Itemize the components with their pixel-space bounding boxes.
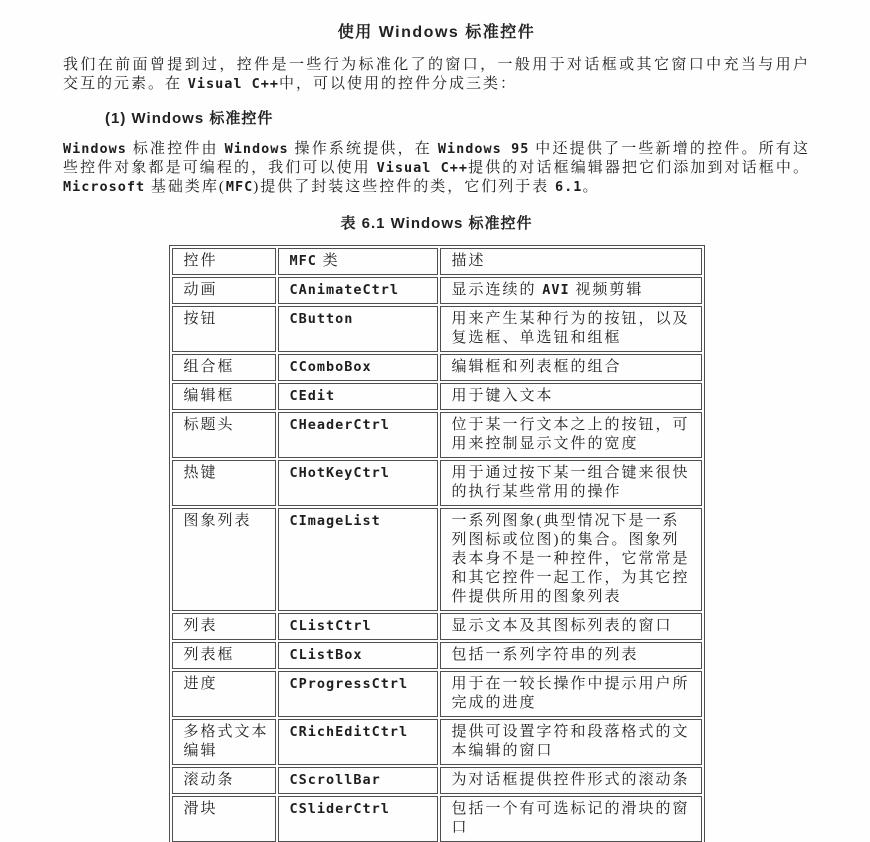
- description-cell: 用来产生某种行为的按钮，以及复选框、单选钮和组框: [440, 306, 702, 352]
- text-run: 标准控件由: [127, 141, 225, 157]
- description-cell: 显示连续的 AVI 视频剪辑: [440, 277, 702, 304]
- table-row: 多格式文本编辑CRichEditCtrl提供可设置字符和段落格式的文本编辑的窗口: [172, 719, 702, 765]
- text-run: 视频剪辑: [570, 282, 644, 298]
- text-run: 控件: [184, 253, 218, 269]
- text-run: 提供可设置字符和段落格式的文本编辑的窗口: [452, 724, 690, 759]
- mfc-class-name: CRichEditCtrl: [290, 724, 409, 740]
- description-cell: 显示文本及其图标列表的窗口: [440, 613, 702, 640]
- page-title: 使用 Windows 标准控件: [63, 24, 810, 42]
- section-heading: (1) Windows 标准控件: [105, 110, 810, 128]
- mono-text-run: Windows 95: [438, 141, 529, 157]
- mfc-class-name: CImageList: [290, 513, 381, 529]
- table-row: 动画CAnimateCtrl显示连续的 AVI 视频剪辑: [172, 277, 702, 304]
- mfc-class-cell: CListBox: [278, 642, 438, 669]
- mfc-class-cell: CSliderCtrl: [278, 796, 438, 842]
- mfc-class-cell: CListCtrl: [278, 613, 438, 640]
- text-run: 用于键入文本: [452, 388, 554, 404]
- text-run: 类: [317, 253, 340, 269]
- mfc-class-name: CButton: [290, 311, 354, 327]
- description-cell: 用于键入文本: [440, 383, 702, 410]
- control-name-cell: 图象列表: [172, 508, 276, 611]
- mfc-class-name: CListCtrl: [290, 618, 372, 634]
- mono-text-run: Visual C++: [188, 76, 279, 92]
- description-cell: 包括一系列字符串的列表: [440, 642, 702, 669]
- text-run: 包括一个有可选标记的滑块的窗口: [452, 801, 690, 836]
- mono-text-run: Windows: [225, 141, 289, 157]
- mfc-class-cell: CHeaderCtrl: [278, 412, 438, 458]
- description-cell: 用于在一较长操作中提示用户所完成的进度: [440, 671, 702, 717]
- header-cell-control: 控件: [172, 248, 276, 275]
- text-run: 描述: [452, 253, 486, 269]
- text-run: 基础类库(: [145, 179, 226, 195]
- mfc-class-name: CComboBox: [290, 359, 372, 375]
- mono-text-run: Microsoft: [63, 179, 145, 195]
- mfc-class-cell: CHotKeyCtrl: [278, 460, 438, 506]
- description-cell: 提供可设置字符和段落格式的文本编辑的窗口: [440, 719, 702, 765]
- description-cell: 编辑框和列表框的组合: [440, 354, 702, 381]
- control-name-cell: 按钮: [172, 306, 276, 352]
- text-run: 包括一系列字符串的列表: [452, 647, 639, 663]
- table-caption: 表 6.1 Windows 标准控件: [63, 215, 810, 233]
- text-run: 用于在一较长操作中提示用户所完成的进度: [452, 676, 690, 711]
- text-run: 显示文本及其图标列表的窗口: [452, 618, 673, 634]
- table-row: 图象列表CImageList一系列图象(典型情况下是一系列图标或位图)的集合。图…: [172, 508, 702, 611]
- mfc-class-name: CProgressCtrl: [290, 676, 409, 692]
- description-cell: 位于某一行文本之上的按钮，可用来控制显示文件的宽度: [440, 412, 702, 458]
- control-name-cell: 进度: [172, 671, 276, 717]
- mfc-class-cell: CProgressCtrl: [278, 671, 438, 717]
- control-name-cell: 多格式文本编辑: [172, 719, 276, 765]
- description-cell: 包括一个有可选标记的滑块的窗口: [440, 796, 702, 842]
- text-run: 中，可以使用的控件分成三类：: [279, 76, 517, 92]
- mfc-class-name: CHotKeyCtrl: [290, 465, 390, 481]
- control-name-cell: 滑块: [172, 796, 276, 842]
- table-row: 列表框CListBox包括一系列字符串的列表: [172, 642, 702, 669]
- mfc-class-cell: CRichEditCtrl: [278, 719, 438, 765]
- table-row: 编辑框CEdit用于键入文本: [172, 383, 702, 410]
- mfc-class-cell: CScrollBar: [278, 767, 438, 794]
- control-name-cell: 列表框: [172, 642, 276, 669]
- text-run: 操作系统提供，在: [289, 141, 438, 157]
- body-paragraph: Windows 标准控件由 Windows 操作系统提供，在 Windows 9…: [63, 140, 810, 197]
- mfc-class-name: CEdit: [290, 388, 336, 404]
- table-row: 标题头CHeaderCtrl位于某一行文本之上的按钮，可用来控制显示文件的宽度: [172, 412, 702, 458]
- intro-paragraph: 我们在前面曾提到过，控件是一些行为标准化了的窗口，一般用于对话框或其它窗口中充当…: [63, 56, 810, 94]
- mono-text-run: Windows: [63, 141, 127, 157]
- control-name-cell: 热键: [172, 460, 276, 506]
- control-name-cell: 列表: [172, 613, 276, 640]
- control-name-cell: 滚动条: [172, 767, 276, 794]
- text-run: 显示连续的: [452, 282, 543, 298]
- mfc-class-cell: CAnimateCtrl: [278, 277, 438, 304]
- mfc-class-name: CHeaderCtrl: [290, 417, 390, 433]
- table-row: 列表CListCtrl显示文本及其图标列表的窗口: [172, 613, 702, 640]
- table-row: 滚动条CScrollBar为对话框提供控件形式的滚动条: [172, 767, 702, 794]
- text-run: 用于通过按下某一组合键来很快的执行某些常用的操作: [452, 465, 690, 500]
- control-name-cell: 编辑框: [172, 383, 276, 410]
- mono-text-run: Visual C++: [377, 160, 468, 176]
- description-cell: 用于通过按下某一组合键来很快的执行某些常用的操作: [440, 460, 702, 506]
- mfc-class-name: CScrollBar: [290, 772, 381, 788]
- text-run: )提供了封装这些控件的类，它们列于表: [253, 179, 555, 195]
- mfc-class-cell: CComboBox: [278, 354, 438, 381]
- mfc-class-cell: CEdit: [278, 383, 438, 410]
- mfc-class-name: CSliderCtrl: [290, 801, 390, 817]
- table-row: 按钮CButton用来产生某种行为的按钮，以及复选框、单选钮和组框: [172, 306, 702, 352]
- table-row: 进度CProgressCtrl用于在一较长操作中提示用户所完成的进度: [172, 671, 702, 717]
- text-run: 提供的对话框编辑器把它们添加到对话框中。: [468, 160, 810, 176]
- document-page: 使用 Windows 标准控件 我们在前面曾提到过，控件是一些行为标准化了的窗口…: [0, 0, 870, 842]
- header-cell-description: 描述: [440, 248, 702, 275]
- description-cell: 为对话框提供控件形式的滚动条: [440, 767, 702, 794]
- control-name-cell: 标题头: [172, 412, 276, 458]
- mono-text-run: AVI: [542, 282, 569, 298]
- text-run: 位于某一行文本之上的按钮，可用来控制显示文件的宽度: [452, 417, 690, 452]
- controls-table: 控件MFC 类描述动画CAnimateCtrl显示连续的 AVI 视频剪辑按钮C…: [169, 245, 705, 842]
- text-run: 一系列图象(典型情况下是一系列图标或位图)的集合。图象列表本身不是一种控件，它常…: [452, 513, 690, 605]
- table-header-row: 控件MFC 类描述: [172, 248, 702, 275]
- mfc-class-name: CListBox: [290, 647, 363, 663]
- table-row: 滑块CSliderCtrl包括一个有可选标记的滑块的窗口: [172, 796, 702, 842]
- control-name-cell: 动画: [172, 277, 276, 304]
- text-run: 编辑框和列表框的组合: [452, 359, 622, 375]
- mono-text-run: MFC: [290, 253, 317, 269]
- mfc-class-cell: CButton: [278, 306, 438, 352]
- header-cell-mfc-class: MFC 类: [278, 248, 438, 275]
- mfc-class-cell: CImageList: [278, 508, 438, 611]
- mono-text-run: MFC: [226, 179, 253, 195]
- mono-text-run: 6.1: [555, 179, 582, 195]
- text-run: 。: [582, 179, 599, 195]
- table-row: 组合框CComboBox编辑框和列表框的组合: [172, 354, 702, 381]
- text-run: 为对话框提供控件形式的滚动条: [452, 772, 690, 788]
- text-run: 用来产生某种行为的按钮，以及复选框、单选钮和组框: [452, 311, 690, 346]
- control-name-cell: 组合框: [172, 354, 276, 381]
- description-cell: 一系列图象(典型情况下是一系列图标或位图)的集合。图象列表本身不是一种控件，它常…: [440, 508, 702, 611]
- mfc-class-name: CAnimateCtrl: [290, 282, 400, 298]
- table-row: 热键CHotKeyCtrl用于通过按下某一组合键来很快的执行某些常用的操作: [172, 460, 702, 506]
